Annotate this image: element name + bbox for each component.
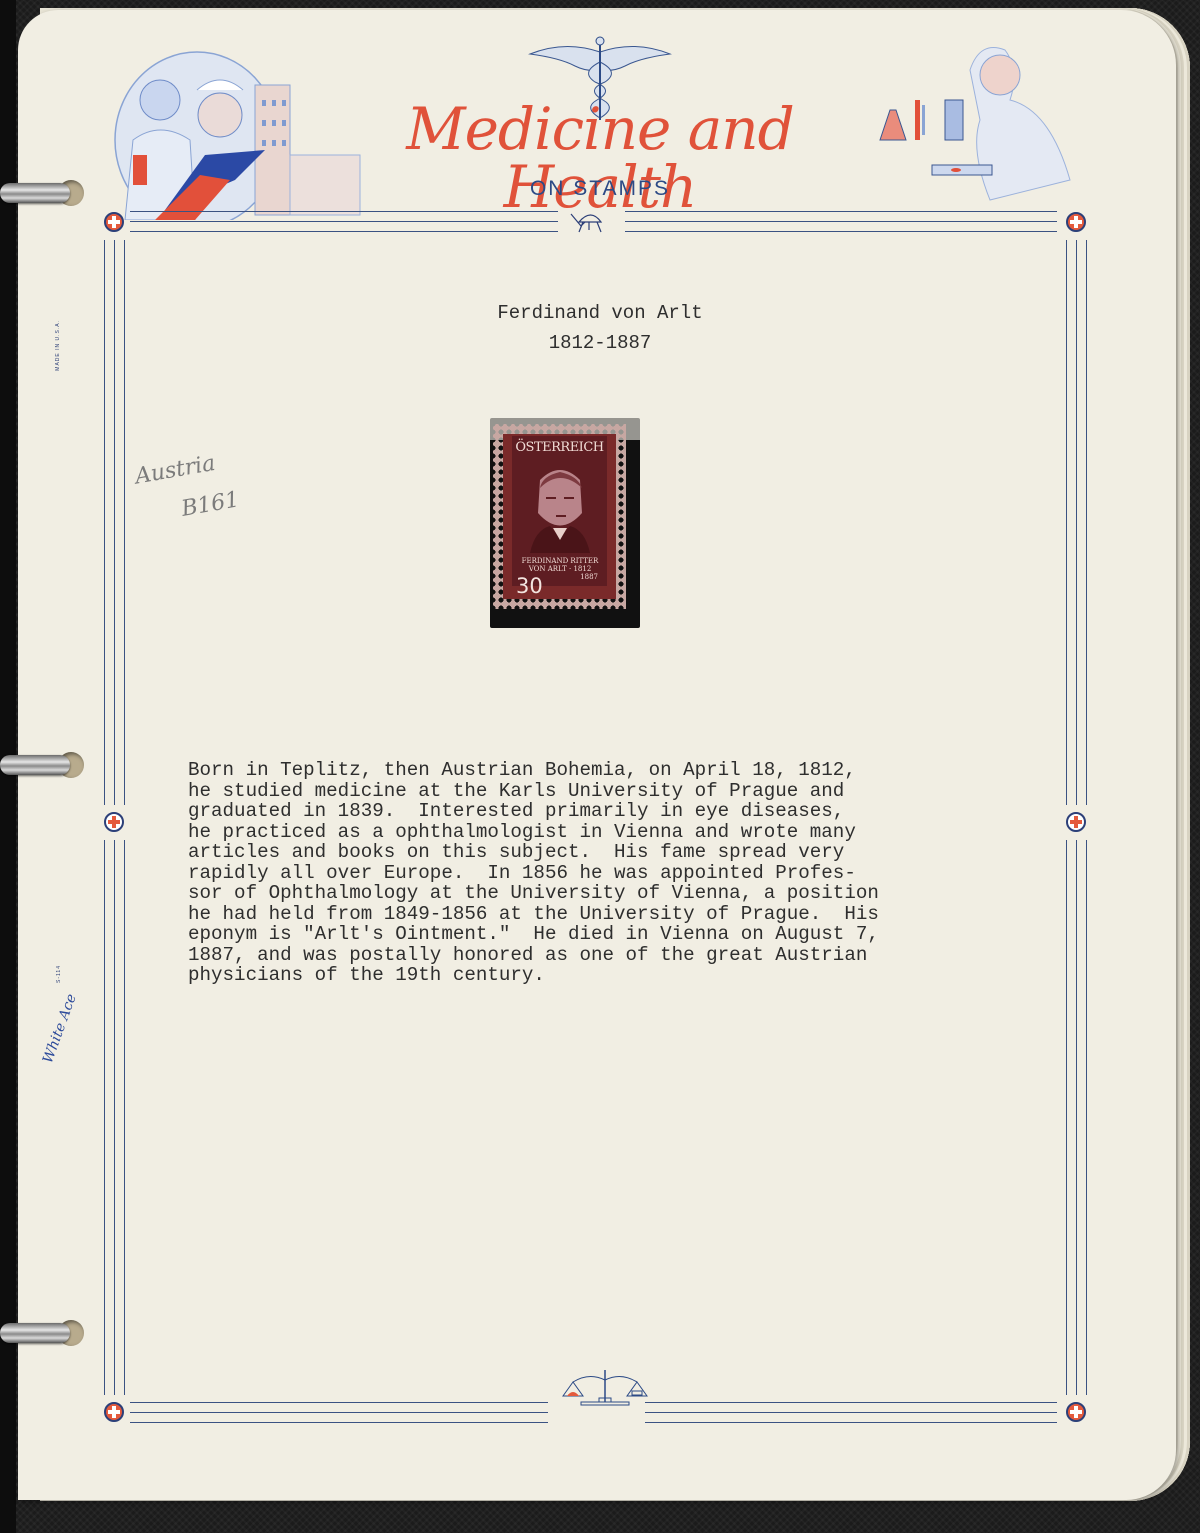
border-line (104, 840, 105, 1395)
biography-line: eponym is "Arlt's Ointment." He died in … (188, 923, 879, 945)
stamp-caption-line: FERDINAND RITTER (510, 557, 610, 565)
border-line (1076, 840, 1077, 1395)
border-line (625, 231, 1057, 232)
border-line (114, 240, 115, 805)
red-cross-medallion-icon (104, 212, 124, 232)
border-line (124, 240, 125, 805)
border-line (130, 1402, 548, 1403)
imprint-text: MADE IN U.S.A. (55, 320, 61, 371)
binder-ring (0, 183, 70, 203)
biography-text: Born in Teplitz, then Austrian Bohemia, … (188, 760, 1038, 986)
entry-heading: Ferdinand von Arlt 1812-1887 (400, 298, 800, 358)
border-line (124, 840, 125, 1395)
border-line (645, 1402, 1057, 1403)
biography-line: sor of Ophthalmology at the University o… (188, 882, 879, 904)
biography-line: he had held from 1849-1856 at the Univer… (188, 903, 879, 925)
border-line (625, 211, 1057, 212)
border-line (130, 1422, 548, 1423)
annotation-country: Austria (133, 451, 217, 490)
biography-line: he studied medicine at the Karls Univers… (188, 780, 844, 802)
scientist-microscope-illustration-icon (860, 30, 1100, 205)
border-line (1066, 240, 1067, 805)
stamp-caption-line: VON ARLT · 1812 (510, 565, 610, 573)
red-cross-medallion-icon (1066, 212, 1086, 232)
border-line (645, 1412, 1057, 1413)
handwritten-annotation: Austria B161 (132, 441, 243, 537)
entry-dates: 1812-1887 (400, 328, 800, 358)
entry-name: Ferdinand von Arlt (400, 298, 800, 328)
border-line (1086, 240, 1087, 805)
biography-line: he practiced as a ophthalmologist in Vie… (188, 821, 856, 843)
biography-line: physicians of the 19th century. (188, 964, 545, 986)
border-line (625, 221, 1057, 222)
stamp-country: ÖSTERREICH (512, 440, 607, 455)
border-line (645, 1422, 1057, 1423)
biography-line: articles and books on this subject. His … (188, 841, 844, 863)
red-cross-medallion-icon (104, 1402, 124, 1422)
biography-line: Born in Teplitz, then Austrian Bohemia, … (188, 759, 856, 781)
border-line (130, 211, 558, 212)
red-cross-medallion-icon (104, 812, 124, 832)
doctor-nurse-illustration-icon (105, 45, 375, 220)
binder-ring (0, 1323, 70, 1343)
border-line (114, 840, 115, 1395)
red-cross-medallion-icon (1066, 1402, 1086, 1422)
border-line (1086, 840, 1087, 1395)
border-line (1076, 240, 1077, 805)
border-line (104, 240, 105, 805)
album-subtitle: ON STAMPS (450, 177, 750, 201)
border-line (1066, 840, 1067, 1395)
binder-ring (0, 755, 70, 775)
portrait-icon (520, 458, 600, 553)
red-cross-medallion-icon (1066, 812, 1086, 832)
border-line (130, 221, 558, 222)
balance-scales-icon (555, 1368, 655, 1408)
border-line (130, 231, 558, 232)
biography-line: rapidly all over Europe. In 1856 he was … (188, 862, 856, 884)
biography-line: 1887, and was postally honored as one of… (188, 944, 867, 966)
biography-line: graduated in 1839. Interested primarily … (188, 800, 844, 822)
mortar-pestle-icon (565, 206, 605, 236)
border-line (130, 1412, 548, 1413)
page-code: S-114 (56, 965, 62, 983)
stamp-denomination: 30 (516, 574, 543, 598)
